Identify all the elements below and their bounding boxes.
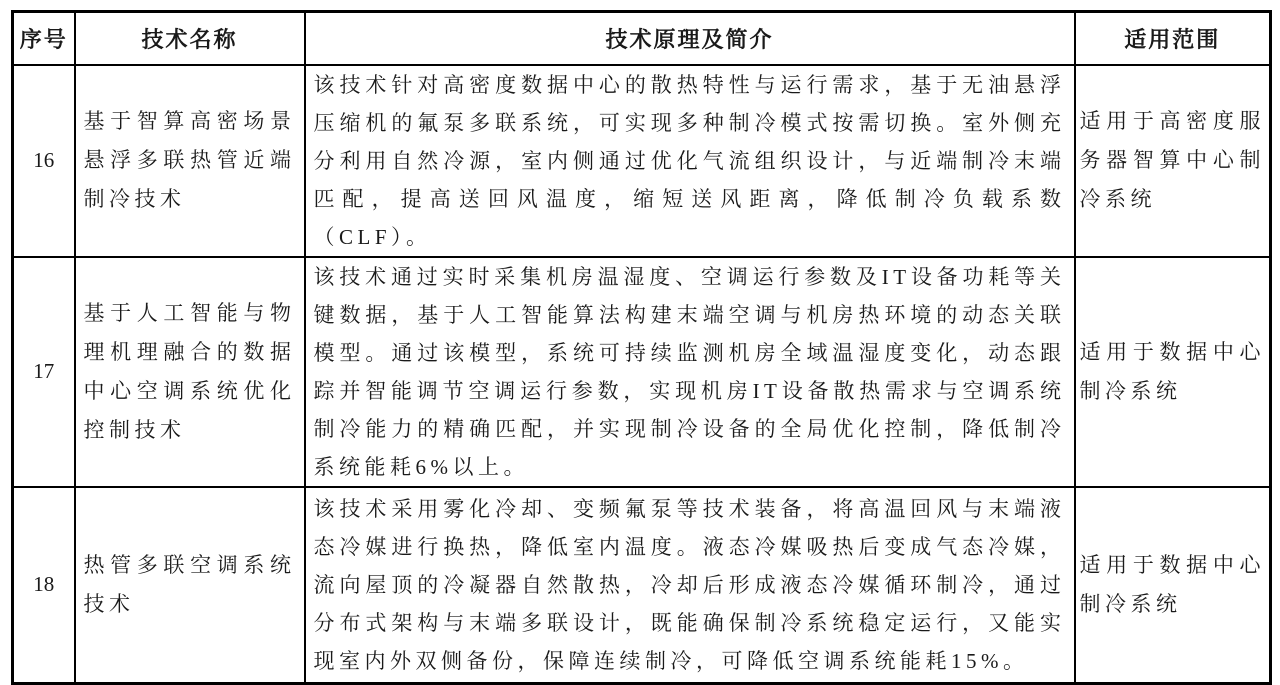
cell-scope: 适用于高密度服务器智算中心制冷系统	[1075, 65, 1271, 257]
cell-scope: 适用于数据中心制冷系统	[1075, 257, 1271, 487]
col-header-scope: 适用范围	[1075, 12, 1271, 65]
cell-index: 17	[13, 257, 75, 487]
table-row: 18 热管多联空调系统技术 该技术采用雾化冷却、变频氟泵等技术装备，将高温回风与…	[13, 487, 1271, 684]
cell-scope: 适用于数据中心制冷系统	[1075, 487, 1271, 684]
cell-tech-name: 热管多联空调系统技术	[75, 487, 305, 684]
col-header-index: 序号	[13, 12, 75, 65]
cell-index: 16	[13, 65, 75, 257]
document-page: 序号 技术名称 技术原理及简介 适用范围 16 基于智算高密场景悬浮多联热管近端…	[0, 0, 1280, 659]
table-row: 16 基于智算高密场景悬浮多联热管近端制冷技术 该技术针对高密度数据中心的散热特…	[13, 65, 1271, 257]
table-header-row: 序号 技术名称 技术原理及简介 适用范围	[13, 12, 1271, 65]
col-header-tech-name: 技术名称	[75, 12, 305, 65]
cell-index: 18	[13, 487, 75, 684]
cell-description: 该技术采用雾化冷却、变频氟泵等技术装备，将高温回风与末端液态冷媒进行换热，降低室…	[305, 487, 1075, 684]
technology-table: 序号 技术名称 技术原理及简介 适用范围 16 基于智算高密场景悬浮多联热管近端…	[11, 10, 1272, 685]
cell-tech-name: 基于智算高密场景悬浮多联热管近端制冷技术	[75, 65, 305, 257]
col-header-principle: 技术原理及简介	[305, 12, 1075, 65]
table-row: 17 基于人工智能与物理机理融合的数据中心空调系统优化控制技术 该技术通过实时采…	[13, 257, 1271, 487]
cell-description: 该技术针对高密度数据中心的散热特性与运行需求，基于无油悬浮压缩机的氟泵多联系统，…	[305, 65, 1075, 257]
cell-description: 该技术通过实时采集机房温湿度、空调运行参数及IT设备功耗等关键数据，基于人工智能…	[305, 257, 1075, 487]
cell-tech-name: 基于人工智能与物理机理融合的数据中心空调系统优化控制技术	[75, 257, 305, 487]
